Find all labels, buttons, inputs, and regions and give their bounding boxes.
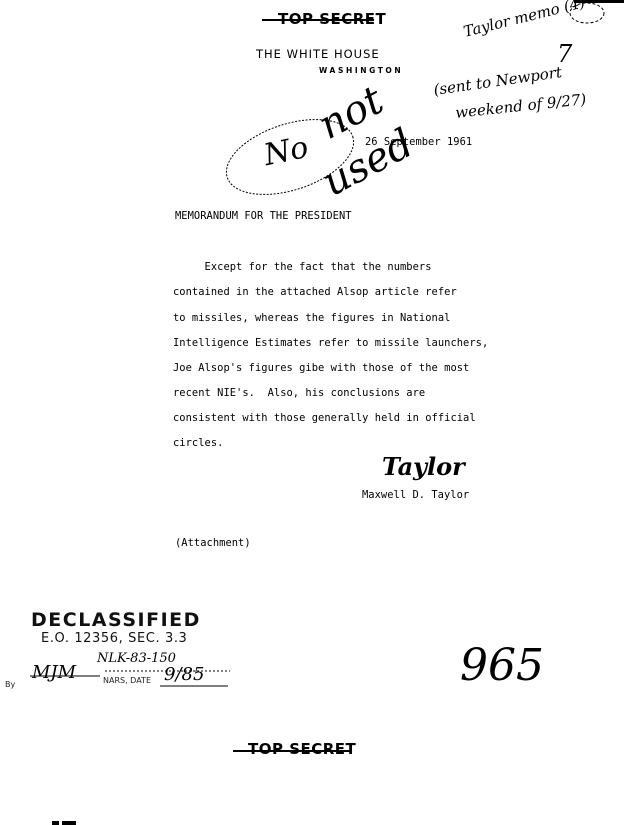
handwritten-page-number: 965 [460, 640, 544, 691]
body-line: Intelligence Estimates refer to missile … [173, 337, 488, 349]
body-line: circles. [173, 437, 223, 449]
body-line: contained in the attached Alsop article … [173, 286, 457, 298]
body-line: to missiles, whereas the figures in Nati… [173, 312, 450, 324]
stamp-by-label: By [5, 680, 15, 689]
stamp-title: DECLASSIFIED [31, 609, 201, 631]
stamp-date-label: NARS, DATE [103, 676, 151, 685]
stamp-authority: E.O. 12356, SEC. 3.3 [41, 631, 187, 646]
letterhead-title: THE WHITE HOUSE [256, 47, 380, 61]
body-line: recent NIE's. Also, his conclusions are [173, 387, 425, 399]
classification-text: TOP SECRET [248, 740, 356, 758]
letterhead-subtitle: WASHINGTON [319, 66, 403, 75]
body-line: Except for the fact that the numbers [173, 261, 432, 273]
enclosure-note: (Attachment) [175, 537, 251, 549]
classification-strikethrough [233, 750, 351, 752]
stamp-date-value: 9/85 [164, 664, 204, 685]
memo-addressee: MEMORANDUM FOR THE PRESIDENT [175, 210, 352, 222]
signatory-name: Maxwell D. Taylor [362, 489, 469, 501]
memo-date: 26 September 1961 [365, 136, 472, 148]
classification-strikethrough [262, 19, 374, 21]
handwritten-signature: Taylor [382, 452, 465, 481]
stamp-initials: MJM [32, 662, 76, 683]
body-line: Joe Alsop's figures gibe with those of t… [173, 362, 469, 374]
body-line: consistent with those generally held in … [173, 412, 476, 424]
